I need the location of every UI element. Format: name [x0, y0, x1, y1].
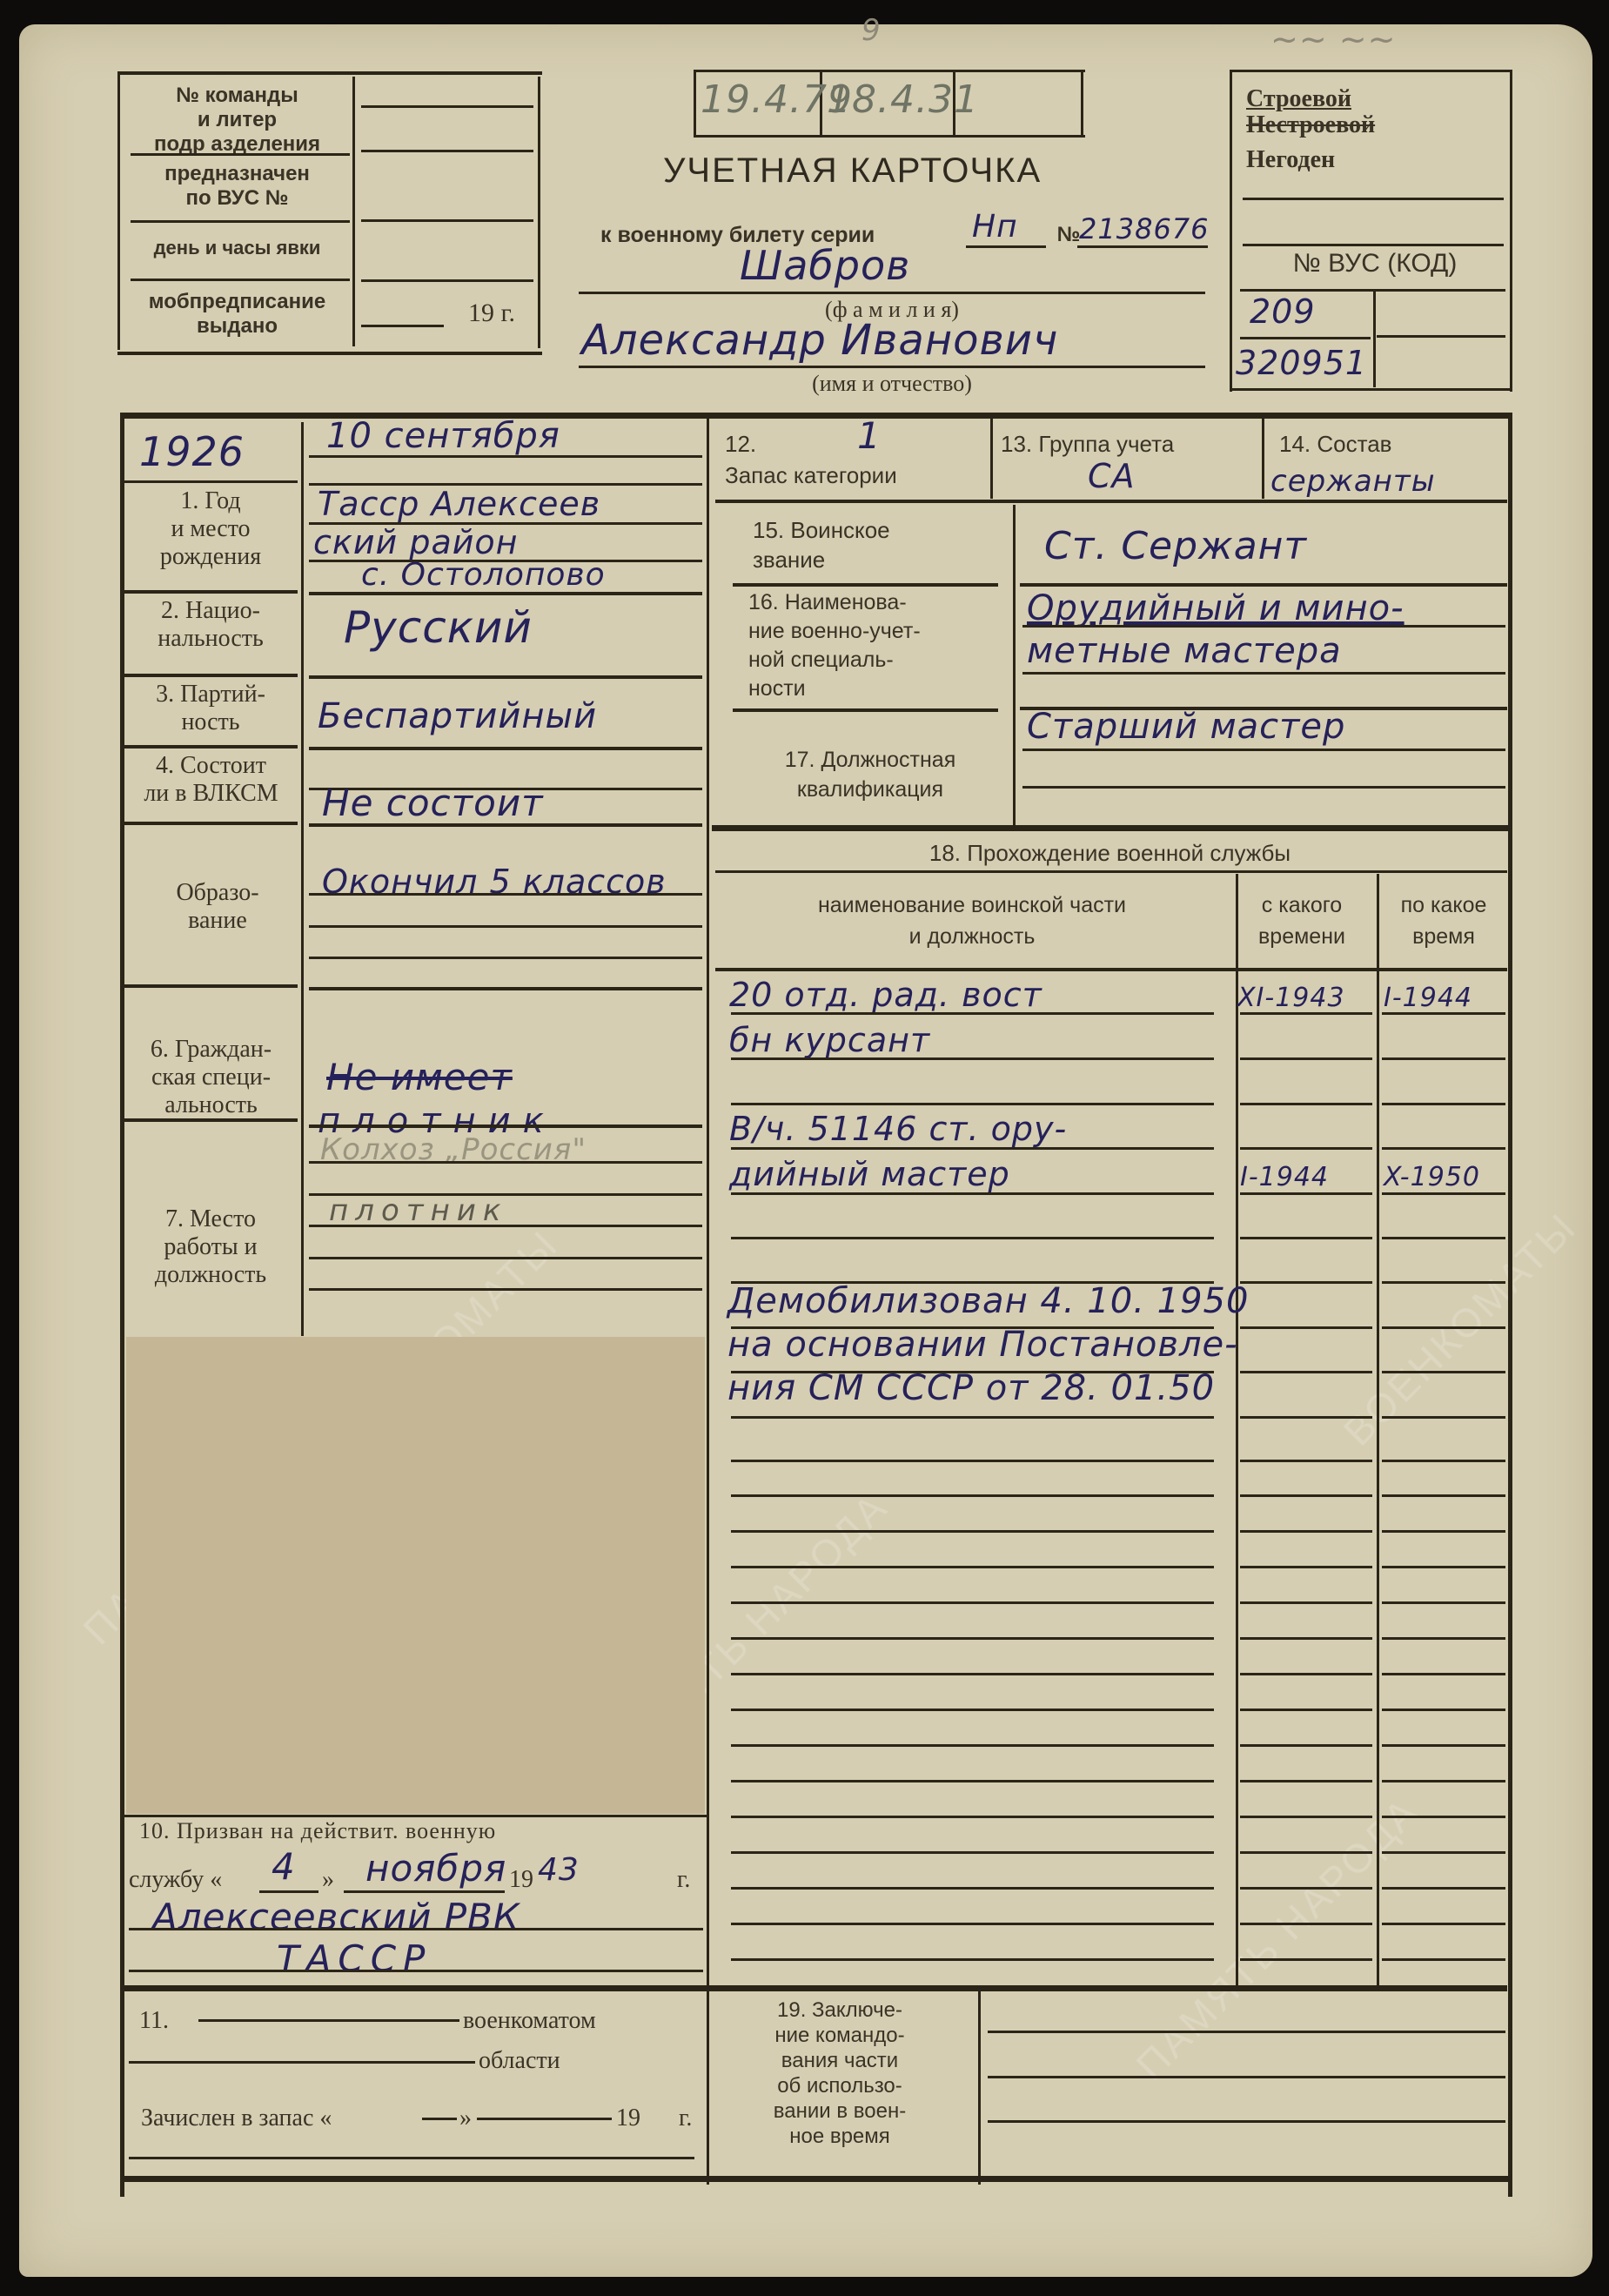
call-commissariat: Алексеевский РВК: [152, 1897, 520, 1937]
label-reserve-year: 19: [616, 2105, 640, 2132]
call-day: 4: [272, 1847, 296, 1887]
education: Окончил 5 классов: [322, 862, 667, 902]
label-nationality: 2. Нацио- нальность: [124, 597, 298, 653]
account-group: СА: [1088, 456, 1136, 496]
label-specialty: 16. Наименова- ние военно-учет- ной спец…: [748, 588, 921, 703]
label-composition: 14. Состав: [1279, 430, 1392, 458]
label-assigned-vus: предназначен по ВУС №: [126, 162, 348, 211]
label-qualification: 17. Должностная квалификация: [735, 745, 1005, 804]
call-republic: ТАССР: [277, 1939, 432, 1979]
ticket-series: Нп: [972, 207, 1018, 247]
specialty-line-2: метные мастера: [1027, 631, 1342, 671]
birth-place-line-3: с. Остолопово: [361, 555, 606, 595]
service-col-to: по какое время: [1378, 890, 1509, 952]
service-unit: бн курсант: [729, 1020, 930, 1060]
service-title: 18. Прохождение военной службы: [712, 839, 1508, 867]
label-reserve-category: Запас категории: [725, 461, 897, 489]
main-frame-center: [707, 418, 709, 1336]
redacted-photo-area: [126, 1337, 705, 1814]
service-col-unit: наименование воинской части и должность: [715, 890, 1229, 952]
reserve-category: 1: [857, 416, 882, 456]
label-f10-year-prefix: 19: [509, 1866, 533, 1894]
label-f11-num: 11.: [139, 2007, 169, 2035]
call-month: ноября: [365, 1849, 506, 1889]
ticket-number: 2138676: [1079, 209, 1210, 249]
label-party: 3. Партий- ность: [124, 681, 298, 736]
specialty-line-1: Орудийный и мино-: [1027, 588, 1405, 628]
rank: Ст. Сержант: [1044, 527, 1307, 567]
call-year: 43: [538, 1850, 580, 1890]
nationality: Русский: [344, 608, 533, 648]
vus-value-1: 209: [1250, 292, 1316, 332]
label-civil-specialty: 6. Граждан- ская специ- альность: [122, 1036, 300, 1119]
vus-header: № ВУС (КОД): [1244, 250, 1505, 278]
stamp-date-2: 18.4.31: [827, 80, 979, 120]
name-line: [579, 366, 1205, 368]
label-reserve-enlisted: Зачислен в запас «: [141, 2105, 332, 2132]
main-frame-bottom: [124, 2176, 1511, 2182]
label-komsomol: 4. Состоит ли в ВЛКСМ: [122, 752, 300, 808]
fitness-option-nonline: Нестроевой: [1246, 113, 1375, 138]
service-note-line-2: на основании Постановле-: [727, 1325, 1238, 1365]
pencil-scribble: ~~ ~~: [1270, 19, 1396, 59]
vus-value-2: 320951: [1236, 343, 1367, 383]
label-command-conclusion: 19. Заключе- ние командо- вания части об…: [709, 1997, 970, 2149]
label-f10-line1: 10. Призван на действит. военную: [139, 1817, 705, 1845]
label-mob-order: мобпредписание выдано: [126, 290, 348, 339]
qualification: Старший мастер: [1027, 707, 1345, 747]
page-title: УЧЕТНАЯ КАРТОЧКА: [663, 151, 1042, 191]
fitness-option-line: Строевой: [1246, 87, 1351, 111]
name-patronymic: Александр Иванович: [581, 320, 1058, 360]
label-workplace: 7. Место работы и должность: [124, 1205, 298, 1289]
fitness-option-unfit: Негоден: [1246, 148, 1335, 172]
label-birth: 1. Год и место рождения: [124, 487, 298, 571]
label-f10-prefix: службу «: [129, 1866, 222, 1894]
birth-place-line-1: Тасср Алексеев: [318, 484, 600, 524]
birth-date: 10 сентября: [326, 416, 560, 456]
surname: Шабров: [740, 245, 910, 285]
main-frame-right: [1508, 413, 1512, 2197]
composition: сержанты: [1270, 461, 1436, 501]
service-note-line-1: Демобилизован 4. 10. 1950: [727, 1281, 1249, 1321]
label-f10-year-suffix: г.: [677, 1866, 690, 1894]
label-f10-mid: »: [322, 1866, 334, 1894]
civil-specialty-struck: Не имеет: [326, 1057, 513, 1098]
surname-line: [579, 292, 1205, 294]
komsomol: Не состоит: [322, 783, 544, 823]
service-unit: В/ч. 51146 ст. ору-: [729, 1109, 1067, 1149]
mob-order-year: 19 г.: [444, 299, 540, 327]
label-voenkomat: военкоматом: [463, 2007, 596, 2035]
birth-year: 1926: [139, 432, 245, 472]
service-note-line-3: ния СМ СССР от 28. 01.50: [727, 1368, 1215, 1408]
party: Беспартийный: [318, 696, 597, 736]
label-reserve-year-suffix: г.: [679, 2105, 692, 2132]
service-col-from: с какого времени: [1236, 890, 1368, 952]
label-appearance-day: день и часы явки: [122, 236, 352, 260]
label-education: Образо- вание: [161, 879, 274, 935]
name-caption: (имя и отчество): [579, 370, 1205, 398]
service-unit: 20 отд. рад. вост: [729, 975, 1042, 1015]
label-command-number: № команды и литер подр азделения: [126, 84, 348, 157]
label-account-group: 13. Группа учета: [1001, 430, 1174, 458]
service-unit: дийный мастер: [729, 1154, 1010, 1194]
workplace-line-1: Колхоз „Россия": [320, 1130, 587, 1170]
label-oblast: области: [479, 2047, 560, 2075]
pencil-note: 9: [861, 10, 882, 50]
label-f12-num: 12.: [725, 430, 756, 458]
label-rank: 15. Воинское звание: [753, 515, 890, 574]
label-reserve-mid: »: [459, 2105, 472, 2132]
